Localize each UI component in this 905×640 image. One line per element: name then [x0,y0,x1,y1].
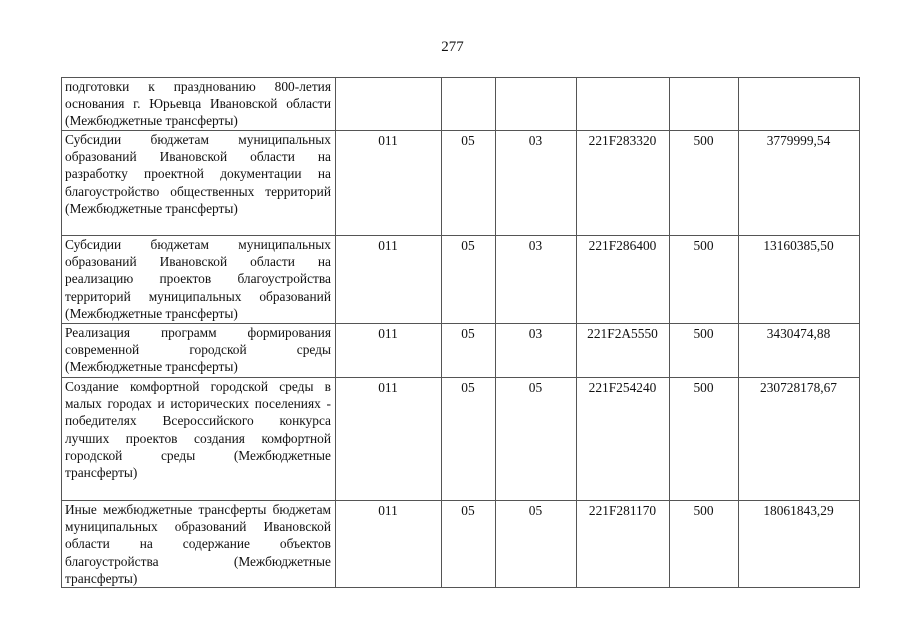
expense-type-cell: 500 [670,378,739,501]
amount-cell: 3430474,88 [739,324,860,378]
ministry-code-cell: 011 [336,236,442,324]
expense-name-cell: Иные межбюджетные трансферты бюджетам му… [62,501,336,588]
page-number: 277 [0,38,905,56]
section-code-cell: 05 [442,378,496,501]
subsection-code-cell: 05 [496,501,577,588]
target-article-cell: 221F2A5550 [577,324,670,378]
target-article-cell: 221F286400 [577,236,670,324]
table-row: Субсидии бюджетам муниципальных образова… [62,131,860,236]
ministry-code-cell [336,78,442,131]
amount-cell: 230728178,67 [739,378,860,501]
amount-cell: 18061843,29 [739,501,860,588]
amount-cell: 3779999,54 [739,131,860,236]
expense-type-cell: 500 [670,236,739,324]
expense-type-cell [670,78,739,131]
amount-cell [739,78,860,131]
subsection-code-cell: 03 [496,131,577,236]
expense-name-cell: Создание комфортной городской среды в ма… [62,378,336,501]
target-article-cell: 221F283320 [577,131,670,236]
section-code-cell: 05 [442,324,496,378]
ministry-code-cell: 011 [336,131,442,236]
table-row: подготовки к празднованию 800-летия осно… [62,78,860,131]
expense-type-cell: 500 [670,501,739,588]
table-row: Создание комфортной городской среды в ма… [62,378,860,501]
target-article-cell [577,78,670,131]
table-row: Субсидии бюджетам муниципальных образова… [62,236,860,324]
subsection-code-cell: 03 [496,236,577,324]
expense-name-cell: Субсидии бюджетам муниципальных образова… [62,131,336,236]
ministry-code-cell: 011 [336,501,442,588]
target-article-cell: 221F254240 [577,378,670,501]
amount-cell: 13160385,50 [739,236,860,324]
section-code-cell: 05 [442,501,496,588]
target-article-cell: 221F281170 [577,501,670,588]
expense-name-cell: Субсидии бюджетам муниципальных образова… [62,236,336,324]
table-row: Реализация программ формирования совреме… [62,324,860,378]
expense-name-cell: Реализация программ формирования совреме… [62,324,336,378]
subsection-code-cell: 03 [496,324,577,378]
section-code-cell: 05 [442,131,496,236]
ministry-code-cell: 011 [336,324,442,378]
subsection-code-cell [496,78,577,131]
expense-name-cell: подготовки к празднованию 800-летия осно… [62,78,336,131]
expense-type-cell: 500 [670,131,739,236]
budget-table: подготовки к празднованию 800-летия осно… [61,77,860,588]
section-code-cell: 05 [442,236,496,324]
table-row: Иные межбюджетные трансферты бюджетам му… [62,501,860,588]
section-code-cell [442,78,496,131]
expense-type-cell: 500 [670,324,739,378]
subsection-code-cell: 05 [496,378,577,501]
ministry-code-cell: 011 [336,378,442,501]
